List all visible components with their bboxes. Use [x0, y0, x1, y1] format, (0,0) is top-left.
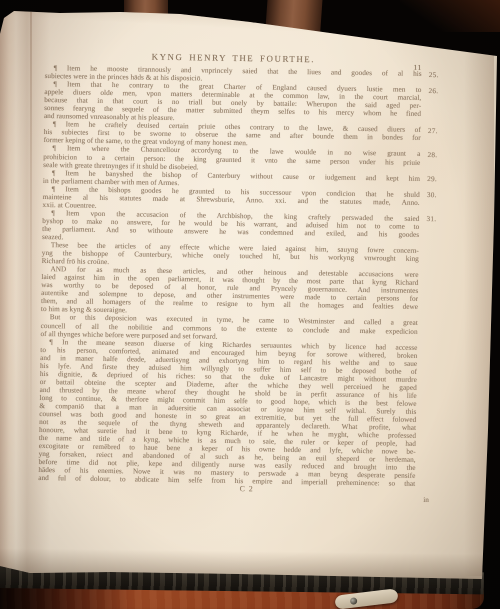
page-crease [30, 6, 32, 566]
top-right-binding-shadow [400, 0, 500, 32]
clasp-rivet [350, 597, 358, 605]
running-header: KYNG HENRY THE FOURTHE. [152, 52, 316, 65]
margin-article-number: 27. [428, 127, 438, 135]
line-text: seazed. [42, 233, 63, 241]
margin-article-number: 25. [429, 71, 439, 79]
margin-article-number: 29. [427, 175, 437, 183]
margin-article-number: 26. [428, 87, 438, 95]
catchword: in [423, 496, 429, 504]
margin-article-number: 28. [427, 151, 437, 159]
body-text: ¶ Item he mooste tirannously and vnprinc… [38, 64, 422, 488]
margin-article-number: 31. [426, 215, 436, 223]
book-page: KYNG HENRY THE FOURTHE. 11 ¶ Item he moo… [0, 0, 500, 609]
page-right-shade [464, 46, 494, 576]
page-text: KYNG HENRY THE FOURTHE. 11 ¶ Item he moo… [38, 51, 422, 501]
book-photograph: KYNG HENRY THE FOURTHE. 11 ¶ Item he moo… [0, 0, 500, 609]
margin-article-number: 30. [427, 191, 437, 199]
